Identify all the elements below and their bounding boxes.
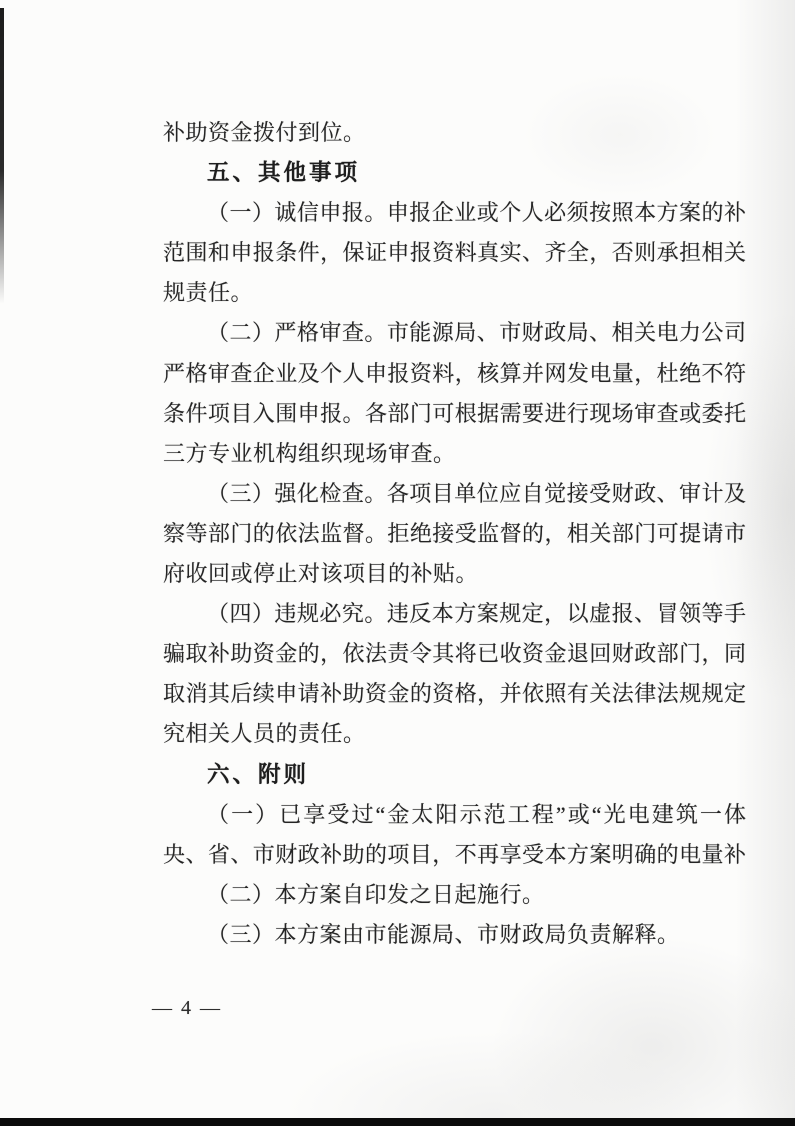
- text-line: 补助资金拨付到位。: [163, 113, 746, 153]
- section-heading: 五、其他事项: [163, 153, 746, 193]
- text-line: （一）已享受过“金太阳示范工程”或“光电建筑一体化”等中: [163, 795, 746, 835]
- text-line: （二）严格审查。市能源局、市财政局、相关电力公司应: [163, 313, 746, 353]
- text-line: 央、省、市财政补助的项目，不再享受本方案明确的电量补贴。: [163, 835, 746, 875]
- document-body: 补助资金拨付到位。 五、其他事项 （一）诚信申报。申报企业或个人必须按照本方案的…: [163, 113, 746, 955]
- text-line: （三）强化检查。各项目单位应自觉接受财政、审计及监: [163, 474, 746, 514]
- text-line: 范围和申报条件，保证申报资料真实、齐全，否则承担相关违: [163, 233, 746, 273]
- section-heading: 六、附则: [163, 755, 746, 795]
- scanned-document-page: 补助资金拨付到位。 五、其他事项 （一）诚信申报。申报企业或个人必须按照本方案的…: [0, 0, 795, 1126]
- text-line: 严格审查企业及个人申报资料，核算并网发电量，杜绝不符合: [163, 354, 746, 394]
- text-line: 骗取补助资金的，依法责令其将已收资金退回财政部门，同时: [163, 634, 746, 674]
- text-line: 规责任。: [163, 273, 746, 313]
- text-line: 条件项目入围申报。各部门可根据需要进行现场审查或委托第: [163, 394, 746, 434]
- text-line: 究相关人员的责任。: [163, 714, 746, 754]
- text-line: 府收回或停止对该项目的补贴。: [163, 554, 746, 594]
- scan-edge-bottom-artifact: [0, 1118, 795, 1126]
- text-line: （四）违规必究。违反本方案规定，以虚报、冒领等手段: [163, 594, 746, 634]
- text-line: （二）本方案自印发之日起施行。: [163, 875, 746, 915]
- text-line: （三）本方案由市能源局、市财政局负责解释。: [163, 915, 746, 955]
- scan-edge-left-artifact: [0, 8, 4, 304]
- text-line: （一）诚信申报。申报企业或个人必须按照本方案的补助: [163, 193, 746, 233]
- text-line: 取消其后续申请补助资金的资格，并依照有关法律法规规定追: [163, 674, 746, 714]
- text-line: 察等部门的依法监督。拒绝接受监督的，相关部门可提请市政: [163, 514, 746, 554]
- page-number: — 4 —: [152, 997, 222, 1020]
- text-line: 三方专业机构组织现场审查。: [163, 434, 746, 474]
